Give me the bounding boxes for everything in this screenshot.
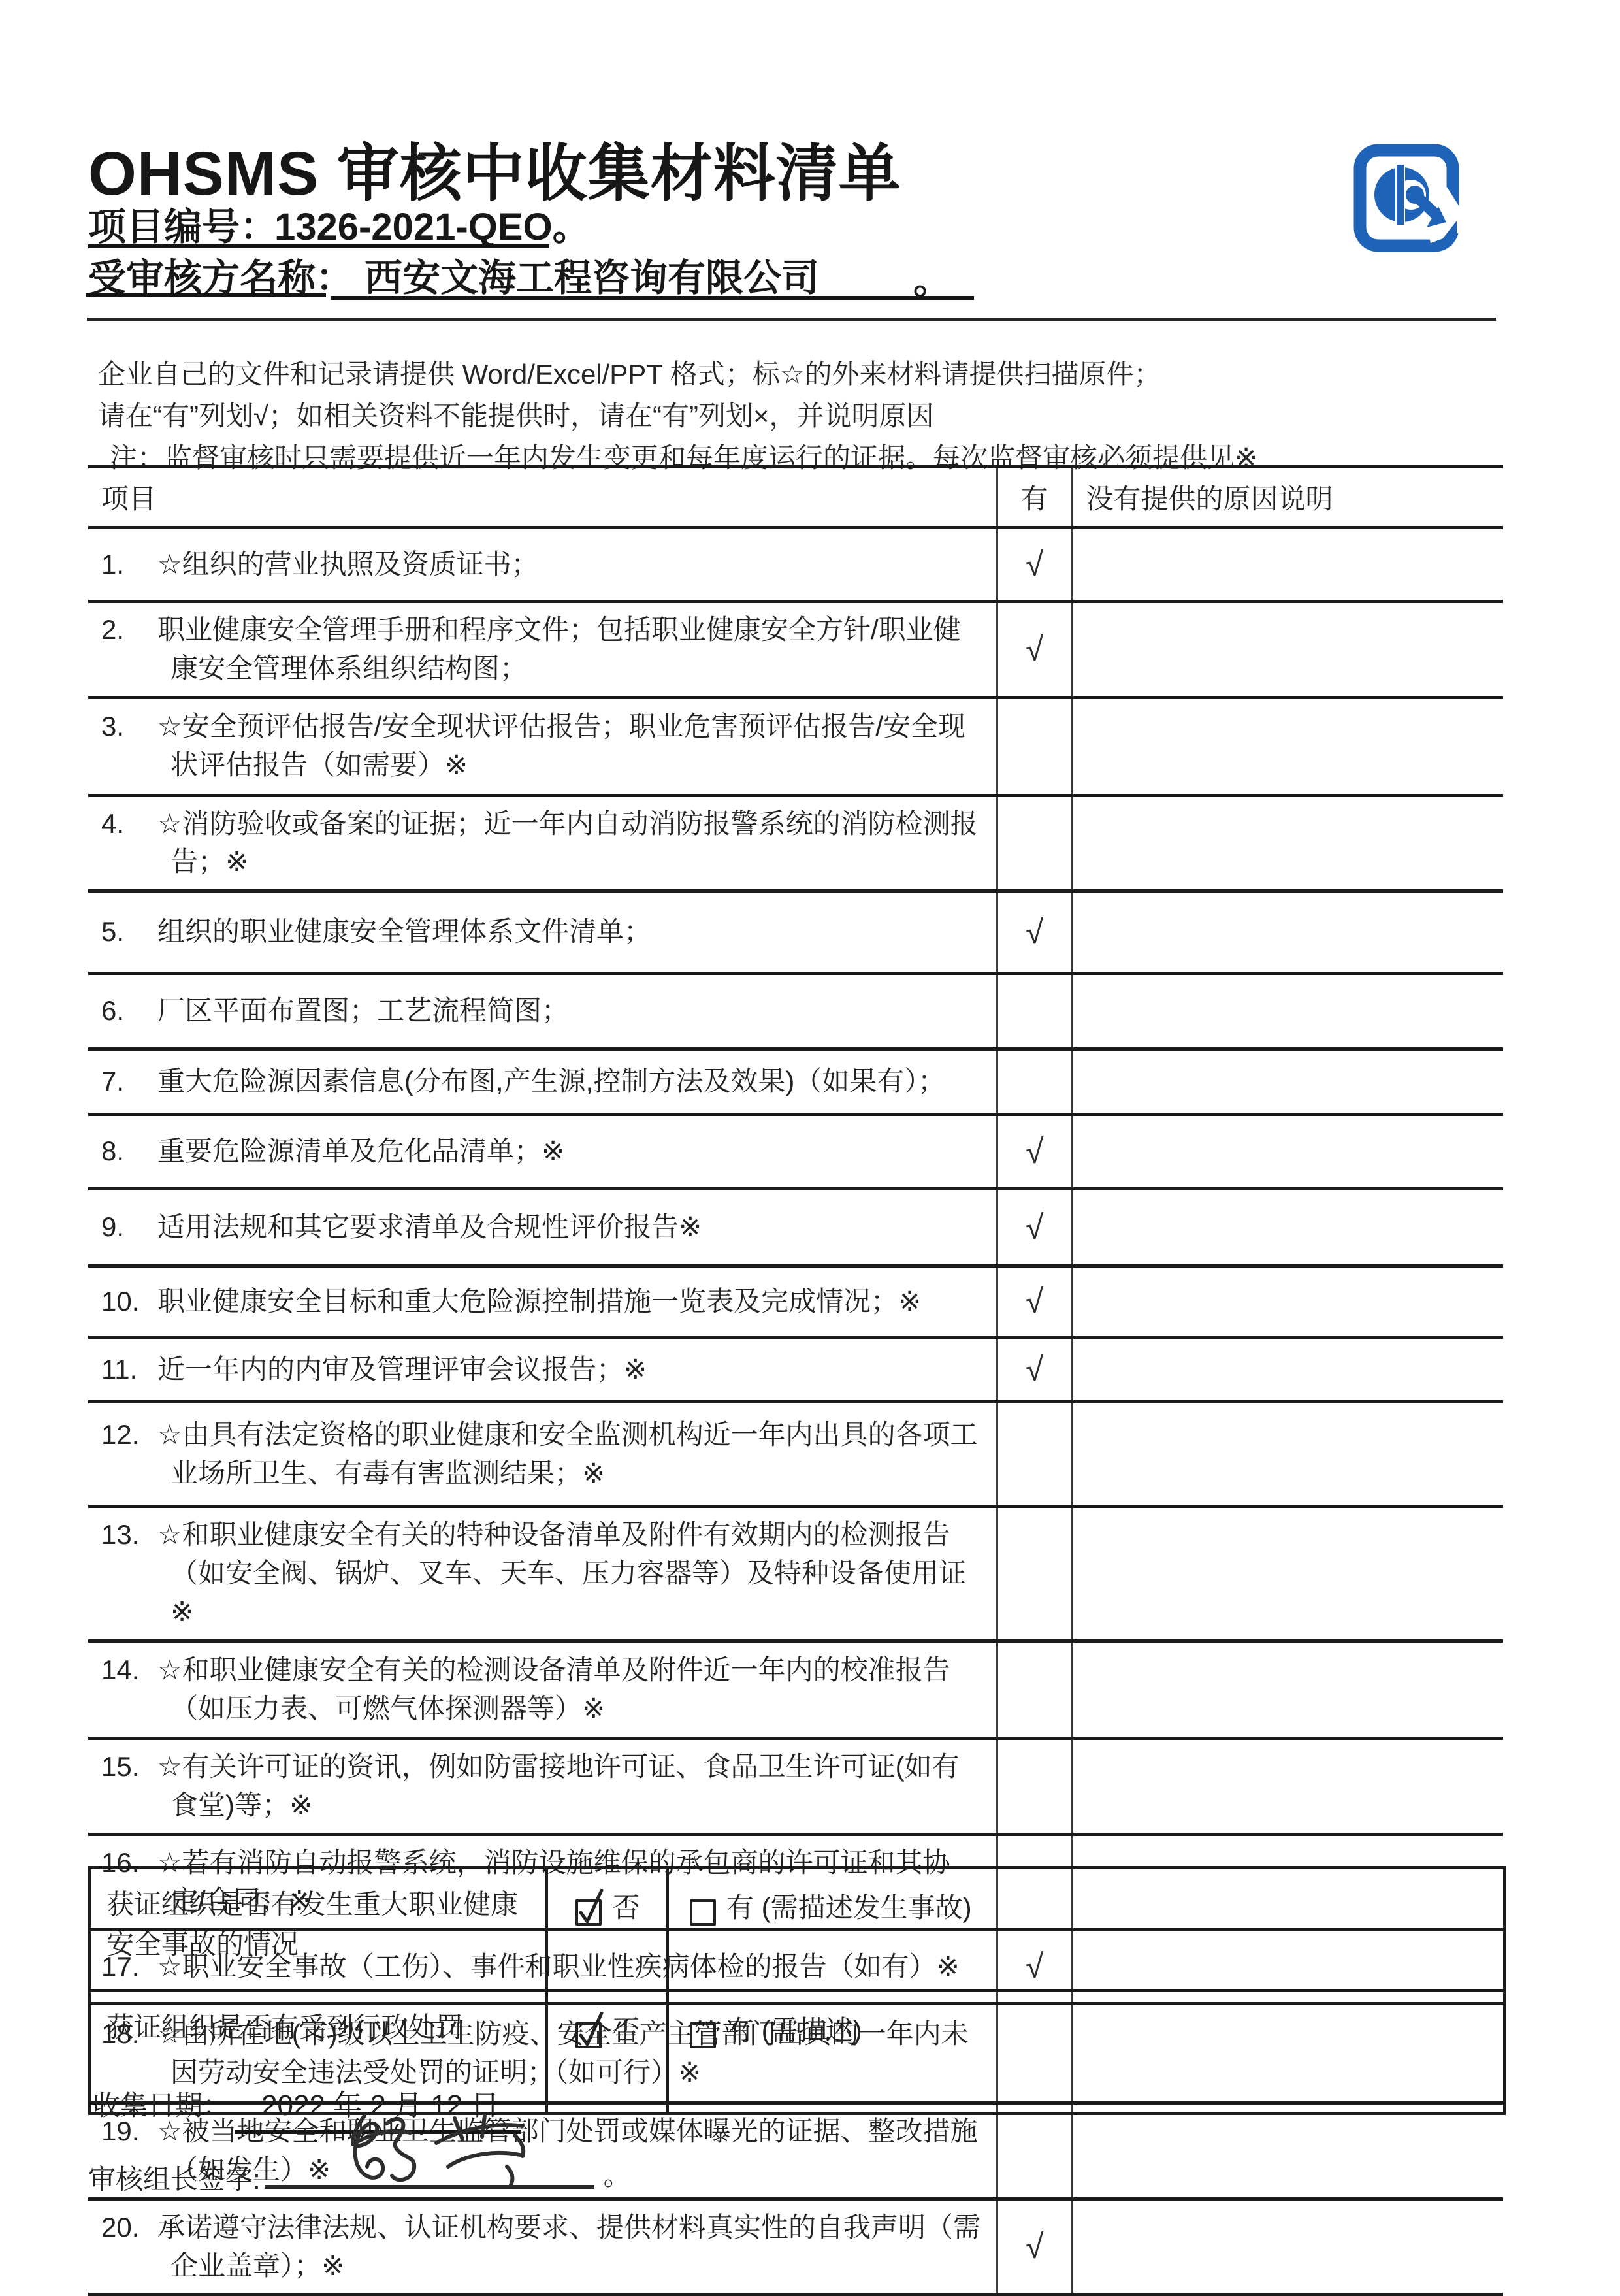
row-number: 14. [101,1651,157,1690]
row-number: 15. [101,1748,157,1786]
declaration-row: 获证组织是否有发生重大职业健康安全事故的情况 否 [89,1868,1504,1991]
row-reason-cell [1072,602,1503,698]
checklist-row: 12.☆由具有法定资格的职业健康和安全监测机构近一年内出具的各项工业场所卫生、有… [88,1402,1503,1507]
row-item-text: 重要危险源清单及危化品清单；※ [157,1136,564,1166]
row-item-text: ☆有关许可证的资讯，例如防雷接地许可证、食品卫生许可证(如有食堂)等；※ [157,1751,960,1820]
auditee-value-underline [331,296,974,300]
declaration-label: 获证组织是否有发生重大职业健康安全事故的情况 [89,1868,547,1991]
checklist-row: 20.承诺遵守法律法规、认证机构要求、提供材料真实性的自我声明（需企业盖章）；※… [88,2199,1503,2295]
project-no-label: 项目编号： [88,196,278,251]
row-number: 6. [101,992,157,1030]
col-header-have: 有 [997,467,1072,528]
checkmark: √ [1026,912,1043,952]
row-reason-cell [1072,1402,1503,1507]
row-number: 5. [101,913,157,951]
row-item-text: 组织的职业健康安全管理体系文件清单； [157,916,651,947]
checklist-row: 2.职业健康安全管理手册和程序文件；包括职业健康安全方针/职业健康安全管理体系组… [88,602,1503,698]
row-item-text: ☆由具有法定资格的职业健康和安全监测机构近一年内出具的各项工业场所卫生、有毒有害… [157,1419,978,1488]
checkmark: √ [1026,1282,1043,1322]
row-reason-cell [1072,528,1503,602]
checklist-row: 14.☆和职业健康安全有关的检测设备清单及附件近一年内的校准报告（如压力表、可燃… [88,1641,1503,1738]
option-no-label: 否 [612,1889,640,1923]
checkbox-yes-icon [688,2012,719,2050]
row-item-text: 职业健康安全目标和重大危险源控制措施一览表及完成情况；※ [157,1286,921,1317]
row-have-cell [997,697,1072,795]
row-have-cell [997,974,1072,1049]
row-reason-cell [1072,2199,1503,2295]
row-item-text: ☆组织的营业执照及资质证书； [157,549,539,580]
checkbox-no-icon [574,2012,604,2050]
auditee-label-underline [86,293,326,297]
row-reason-cell [1072,1738,1503,1834]
row-item-text: 重大危险源因素信息(分布图,产生源,控制方法及效果)（如果有）； [157,1066,945,1096]
row-number: 10. [101,1283,157,1321]
row-reason-cell [1072,697,1503,795]
row-number: 8. [101,1132,157,1171]
row-have-cell: √ [997,1266,1072,1337]
row-have-cell [997,1507,1072,1641]
auditee-value: 西安文海工程咨询有限公司 [364,247,819,302]
row-item-text: ☆消防验收或备案的证据；近一年内自动消防报警系统的消防检测报告；※ [157,808,978,877]
row-reason-cell [1072,974,1503,1049]
row-item-text: ☆和职业健康安全有关的特种设备清单及附件有效期内的检测报告（如安全阀、锅炉、叉车… [157,1519,966,1627]
signature-suffix: 。 [604,2160,631,2191]
row-have-cell [997,2103,1072,2199]
checkbox-yes-icon [688,1889,719,1927]
row-have-cell: √ [997,1115,1072,1189]
checklist-row: 15.☆有关许可证的资讯，例如防雷接地许可证、食品卫生许可证(如有食堂)等；※ [88,1738,1503,1834]
row-have-cell [997,1738,1072,1834]
header-separator-rule [87,318,1496,321]
row-have-cell: √ [997,1337,1072,1402]
row-item-text: 近一年内的内审及管理评审会议报告；※ [157,1354,647,1385]
row-number: 13. [101,1516,157,1554]
row-reason-cell [1072,1049,1503,1115]
row-number: 9. [101,1208,157,1247]
row-reason-cell [1072,1115,1503,1189]
option-yes-label: 有 (需描述) [726,2012,862,2046]
row-have-cell [997,1402,1072,1507]
row-reason-cell [1072,1337,1503,1402]
row-item-text: ☆和职业健康安全有关的检测设备清单及附件近一年内的校准报告（如压力表、可燃气体探… [157,1654,950,1724]
row-have-cell [997,1641,1072,1738]
checkmark: √ [1026,1132,1043,1172]
row-have-cell: √ [997,1189,1072,1266]
row-item-text: 职业健康安全管理手册和程序文件；包括职业健康安全方针/职业健康安全管理体系组织结… [157,614,961,683]
checklist-row: 11.近一年内的内审及管理评审会议报告；※ √ [88,1337,1503,1402]
signature-label: 审核组长签字: [88,2164,261,2195]
checklist-row: 6.厂区平面布置图；工艺流程简图； [88,974,1503,1049]
certification-mark-logo-icon [1353,144,1459,252]
row-reason-cell [1072,1641,1503,1738]
checklist-row: 10.职业健康安全目标和重大危险源控制措施一览表及完成情况；※ √ [88,1266,1503,1337]
row-have-cell: √ [997,602,1072,698]
checkmark: √ [1026,544,1043,584]
checklist-row: 9.适用法规和其它要求清单及合规性评价报告※ √ [88,1189,1503,1266]
checkmark: √ [1026,2227,1043,2267]
row-reason-cell [1072,1507,1503,1641]
col-header-item: 项目 [88,467,997,528]
handwritten-signature [327,2107,542,2205]
collect-date-label: 收集日期： [93,2090,230,2121]
checklist-row: 13.☆和职业健康安全有关的特种设备清单及附件有效期内的检测报告（如安全阀、锅炉… [88,1507,1503,1641]
row-have-cell [997,795,1072,891]
row-number: 3. [101,708,157,746]
intro-line-2: 请在“有”列划√；如相关资料不能提供时，请在“有”列划×，并说明原因 [98,395,934,434]
row-number: 20. [101,2208,157,2247]
row-item-text: ☆安全预评估报告/安全现状评估报告；职业危害预评估报告/安全现状评估报告（如需要… [157,711,965,780]
checkmark: √ [1026,629,1043,669]
checklist-row: 5.组织的职业健康安全管理体系文件清单； √ [88,891,1503,974]
row-have-cell: √ [997,2199,1072,2295]
checklist-row: 3.☆安全预评估报告/安全现状评估报告；职业危害预评估报告/安全现状评估报告（如… [88,697,1503,795]
row-reason-cell [1072,891,1503,974]
checkbox-no-icon [574,1889,604,1927]
project-no-value: 1326-2021-QEO。 [274,196,591,251]
row-have-cell: √ [997,528,1072,602]
row-item-text: 承诺遵守法律法规、认证机构要求、提供材料真实性的自我声明（需企业盖章）；※ [157,2212,980,2281]
row-reason-cell [1072,2103,1503,2199]
checklist-header-row: 项目 有 没有提供的原因说明 [88,467,1503,528]
row-number: 11. [101,1351,157,1389]
row-item-text: 厂区平面布置图；工艺流程简图； [157,995,569,1026]
option-yes-label: 有 (需描述发生事故) [726,1889,972,1923]
checkmark: √ [1026,1350,1043,1390]
row-reason-cell [1072,795,1503,891]
row-have-cell: √ [997,891,1072,974]
row-item-text: 适用法规和其它要求清单及合规性评价报告※ [157,1211,702,1242]
row-number: 12. [101,1416,157,1454]
row-number: 4. [101,805,157,844]
checkmark: √ [1026,1207,1043,1247]
row-reason-cell [1072,1266,1503,1337]
checklist-row: 4.☆消防验收或备案的证据；近一年内自动消防报警系统的消防检测报告；※ [88,795,1503,891]
row-reason-cell [1072,1189,1503,1266]
option-no-label: 否 [612,2012,640,2046]
declaration-table: 获证组织是否有发生重大职业健康安全事故的情况 否 [88,1866,1506,2115]
intro-line-1: 企业自己的文件和记录请提供 Word/Excel/PPT 格式；标☆的外来材料请… [98,353,1161,392]
checklist-row: 8.重要危险源清单及危化品清单；※ √ [88,1115,1503,1189]
row-number: 2. [101,611,157,649]
checklist-row: 1.☆组织的营业执照及资质证书； √ [88,528,1503,602]
row-number: 7. [101,1062,157,1101]
col-header-reason: 没有提供的原因说明 [1072,467,1503,528]
row-have-cell [997,1049,1072,1115]
checklist-row: 7.重大危险源因素信息(分布图,产生源,控制方法及效果)（如果有）； [88,1049,1503,1115]
row-number: 1. [101,546,157,584]
